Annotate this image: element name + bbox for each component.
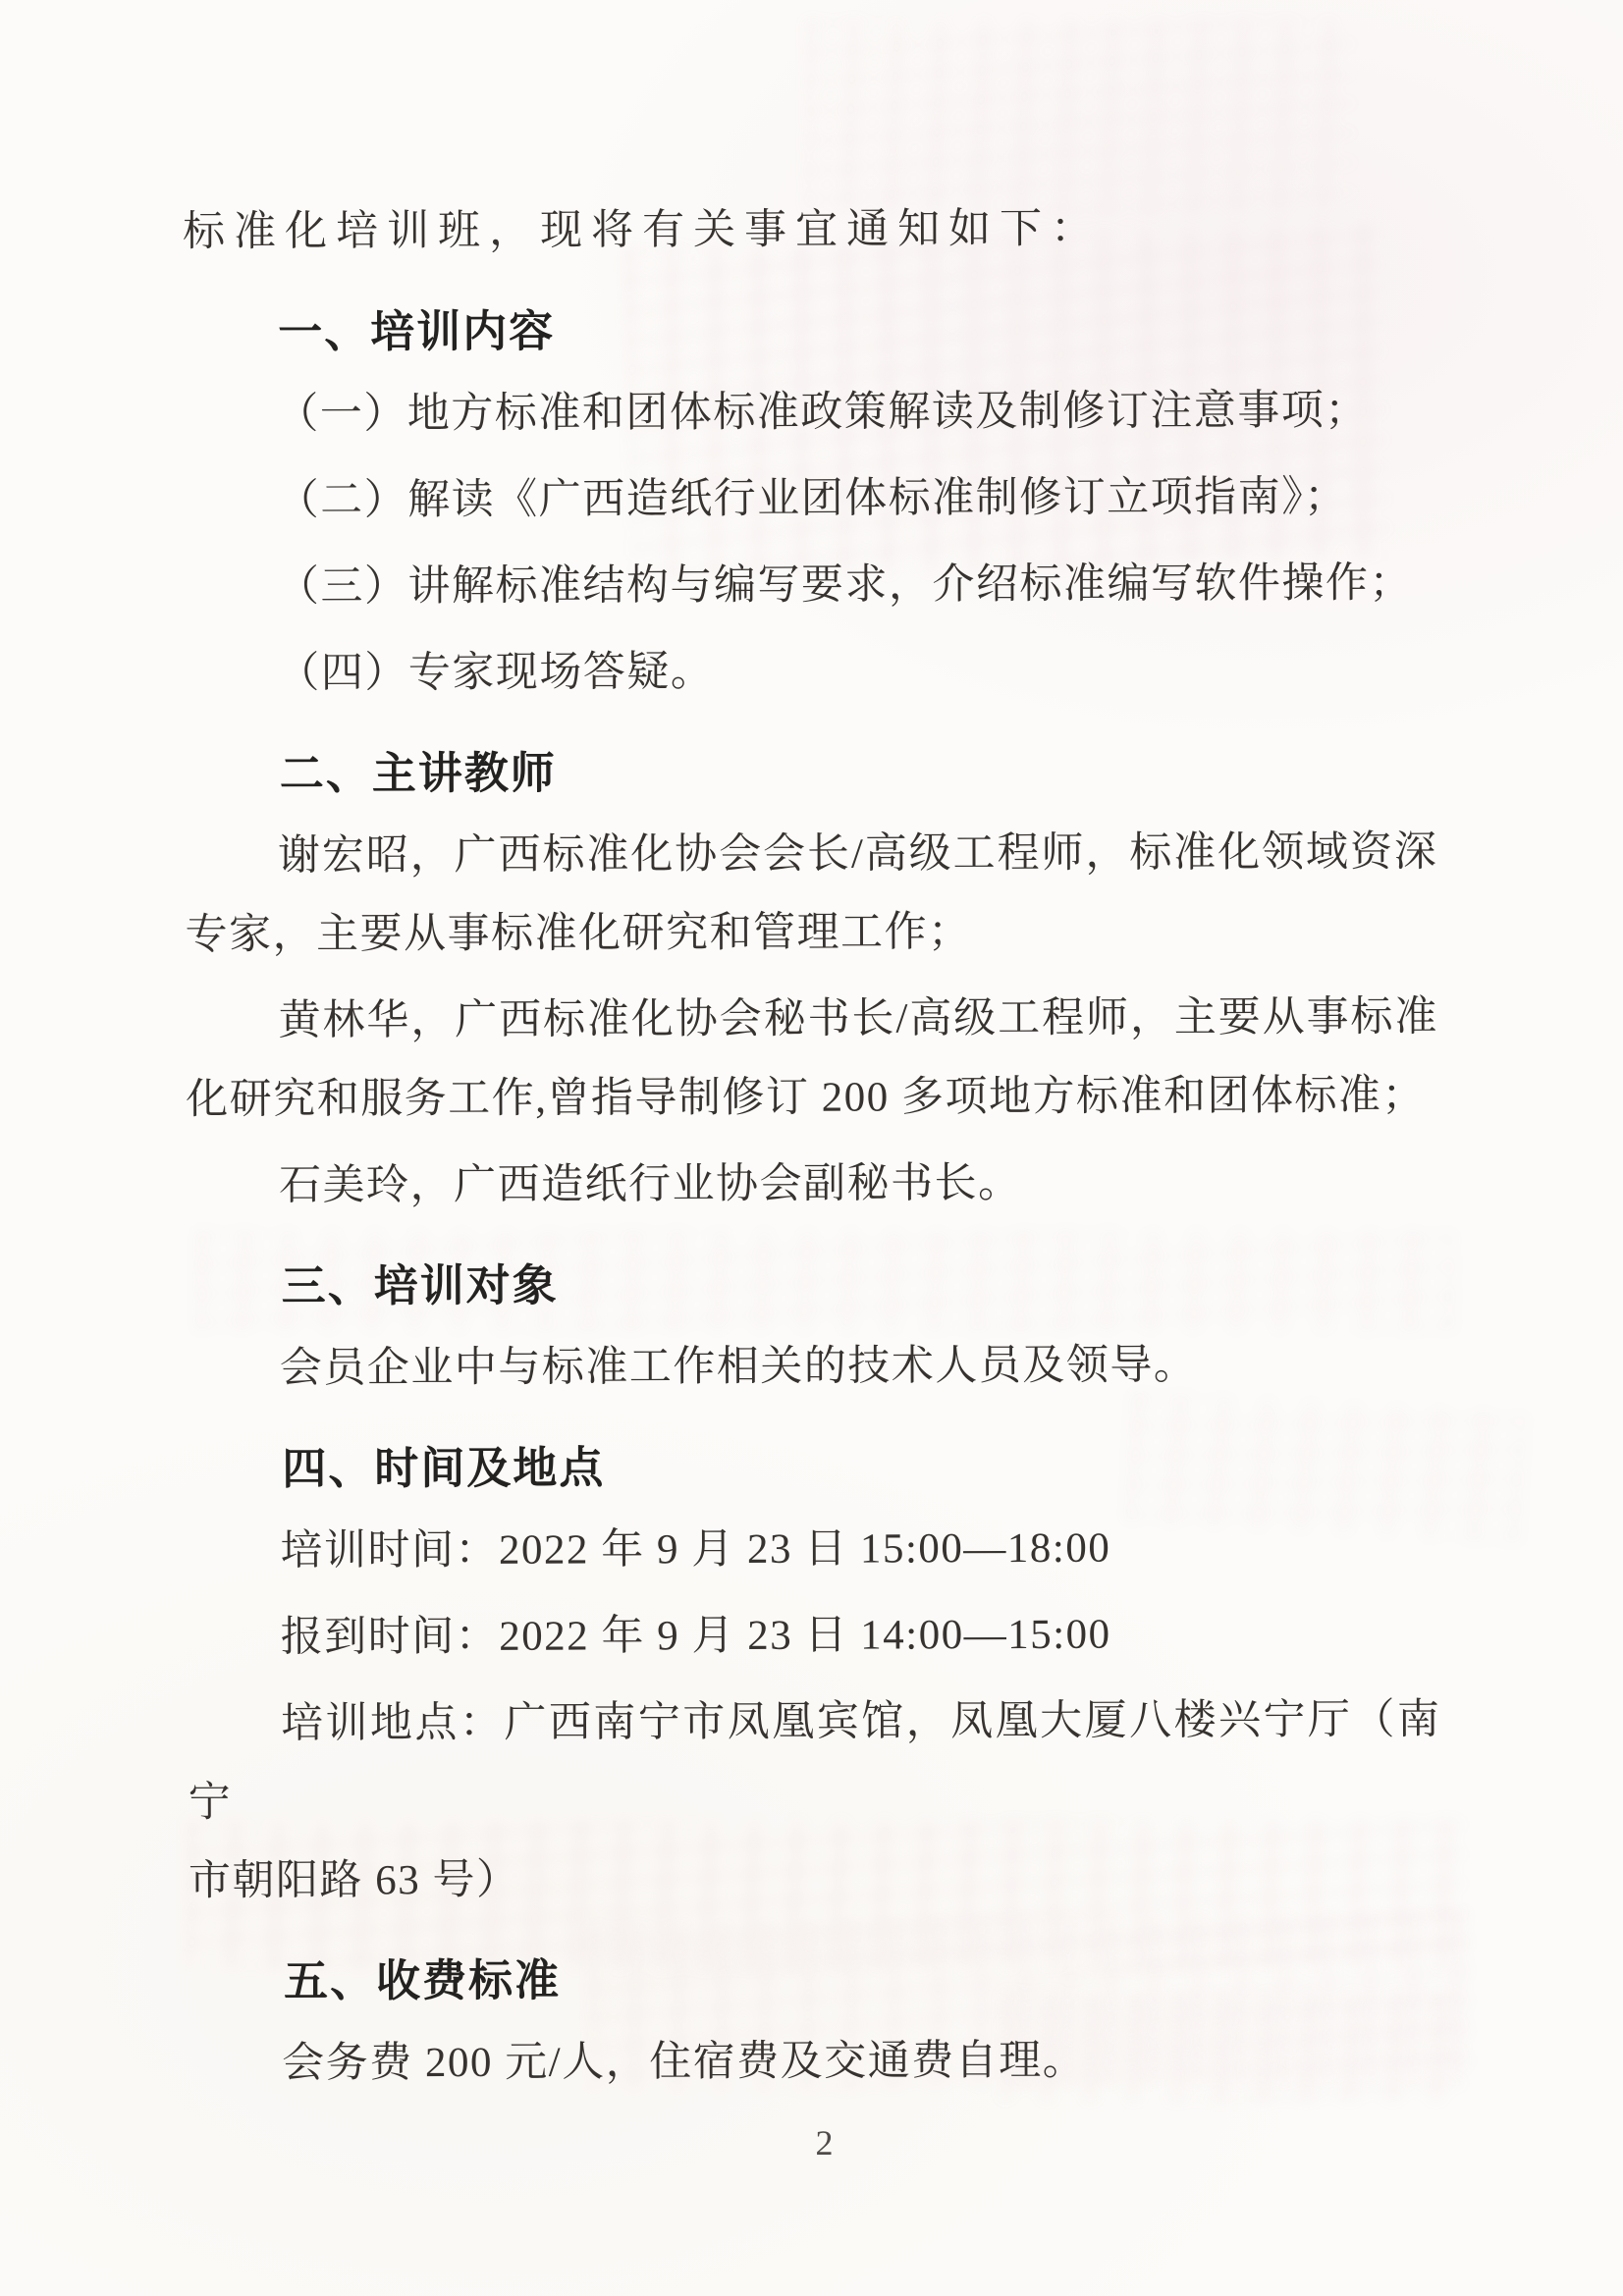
intro-paragraph: 标准化培训班，现将有关事宜通知如下： <box>183 189 1435 272</box>
paragraph: 黄林华，广西标准化协会秘书长/高级工程师，主要从事标准化研究和服务工作,曾指导制… <box>186 979 1439 1140</box>
paragraph: （四）专家现场答疑。 <box>185 631 1437 714</box>
text-line: 会员企业中与标准工作相关的技术人员及领导。 <box>187 1326 1439 1409</box>
section-heading: 四、时间及地点 <box>187 1426 1439 1509</box>
section-heading: 二、主讲教师 <box>185 731 1437 814</box>
section: 一、培训内容（一）地方标准和团体标准政策解读及制修订注意事项；（二）解读《广西造… <box>183 290 1436 714</box>
paragraph: 报到时间：2022 年 9 月 23 日 14:00—15:00 <box>188 1595 1440 1678</box>
section-heading: 三、培训对象 <box>187 1244 1439 1326</box>
section: 二、主讲教师谢宏昭，广西标准化协会会长/高级工程师，标准化领域资深专家，主要从事… <box>185 731 1439 1226</box>
text-line: 专家，主要从事标准化研究和管理工作； <box>185 892 1437 975</box>
text-line: 化研究和服务工作,曾指导制修订 200 多项地方标准和团体标准； <box>186 1057 1438 1140</box>
paragraph: 会务费 200 元/人，住宿费及交通费自理。 <box>189 2021 1442 2104</box>
section: 四、时间及地点培训时间：2022 年 9 月 23 日 15:00—18:00报… <box>187 1426 1441 1921</box>
section-heading: 五、收费标准 <box>189 1939 1441 2021</box>
text-line: 黄林华，广西标准化协会秘书长/高级工程师，主要从事标准 <box>186 979 1438 1061</box>
text-line: （二）解读《广西造纸行业团体标准制修订立项指南》； <box>184 458 1436 541</box>
section: 三、培训对象会员企业中与标准工作相关的技术人员及领导。 <box>187 1244 1440 1409</box>
text-line: 报到时间：2022 年 9 月 23 日 14:00—15:00 <box>188 1595 1440 1678</box>
text-line: 市朝阳路 63 号） <box>189 1839 1441 1921</box>
sections-container: 一、培训内容（一）地方标准和团体标准政策解读及制修订注意事项；（二）解读《广西造… <box>183 290 1441 2104</box>
paragraph: （一）地方标准和团体标准政策解读及制修订注意事项； <box>184 372 1436 454</box>
section: 五、收费标准会务费 200 元/人，住宿费及交通费自理。 <box>189 1939 1442 2104</box>
text-line: 谢宏昭，广西标准化协会会长/高级工程师，标准化领域资深 <box>185 814 1437 896</box>
paragraph: 石美玲，广西造纸行业协会副秘书长。 <box>186 1144 1438 1226</box>
page-number: 2 <box>13 2122 1623 2163</box>
paragraph: 培训地点：广西南宁市凤凰宾馆，凤凰大厦八楼兴宁厅（南宁市朝阳路 63 号） <box>188 1682 1441 1921</box>
scanned-document-page: 标准化培训班，现将有关事宜通知如下： 一、培训内容（一）地方标准和团体标准政策解… <box>0 0 1623 2296</box>
text-line: 石美玲，广西造纸行业协会副秘书长。 <box>186 1144 1438 1226</box>
text-line: 培训时间：2022 年 9 月 23 日 15:00—18:00 <box>188 1509 1440 1591</box>
bleed-through-smudge <box>805 20 1355 216</box>
paragraph: 会员企业中与标准工作相关的技术人员及领导。 <box>187 1326 1439 1409</box>
text-line: （四）专家现场答疑。 <box>185 631 1437 714</box>
paragraph: 谢宏昭，广西标准化协会会长/高级工程师，标准化领域资深专家，主要从事标准化研究和… <box>185 814 1438 975</box>
document-body: 标准化培训班，现将有关事宜通知如下： 一、培训内容（一）地方标准和团体标准政策解… <box>183 189 1442 2111</box>
text-line: 标准化培训班，现将有关事宜通知如下： <box>183 189 1435 272</box>
text-line: 培训地点：广西南宁市凤凰宾馆，凤凰大厦八楼兴宁厅（南宁 <box>188 1682 1441 1842</box>
paragraph: 培训时间：2022 年 9 月 23 日 15:00—18:00 <box>188 1509 1440 1591</box>
paragraph: （二）解读《广西造纸行业团体标准制修订立项指南》； <box>184 458 1436 541</box>
section-heading: 一、培训内容 <box>183 290 1435 372</box>
text-line: （一）地方标准和团体标准政策解读及制修订注意事项； <box>184 372 1436 454</box>
paragraph: （三）讲解标准结构与编写要求，介绍标准编写软件操作； <box>184 545 1436 627</box>
text-line: 会务费 200 元/人，住宿费及交通费自理。 <box>189 2021 1442 2104</box>
text-line: （三）讲解标准结构与编写要求，介绍标准编写软件操作； <box>184 545 1436 627</box>
